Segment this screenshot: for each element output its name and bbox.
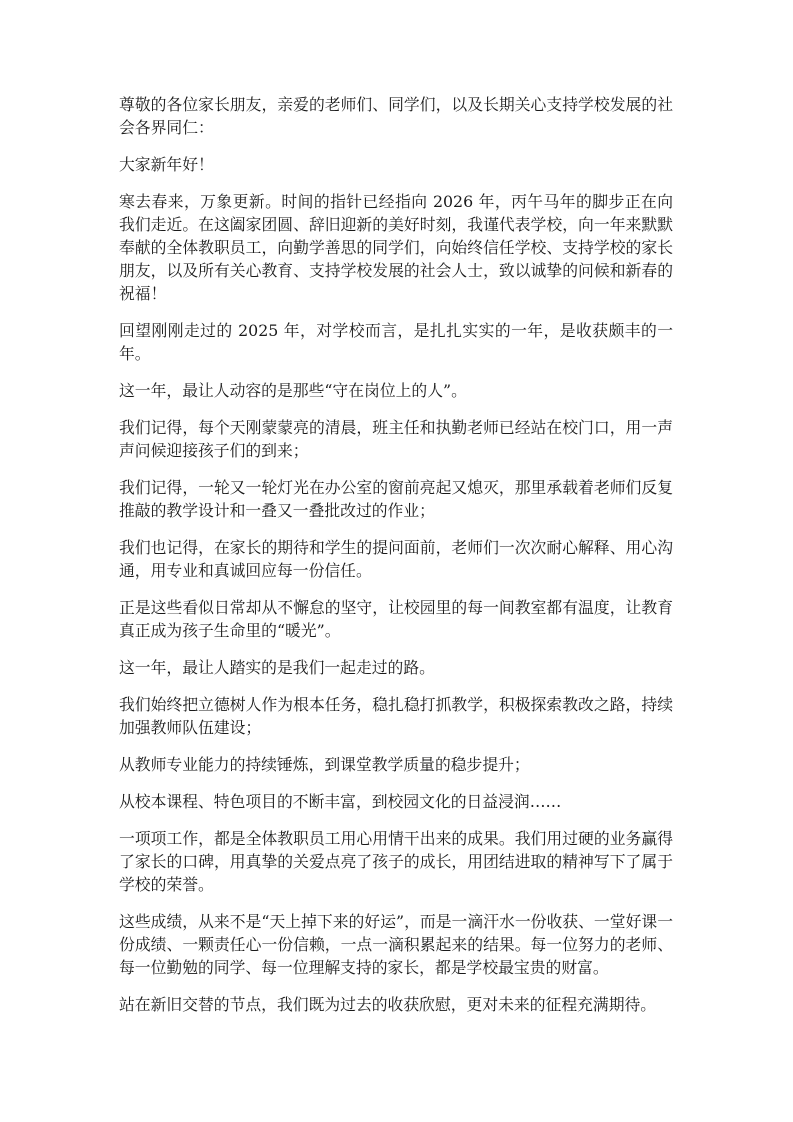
paragraph-moving-people: 这一年，最让人动容的是那些“守在岗位上的人”。: [119, 379, 673, 402]
paragraph-morning-greetings: 我们记得，每个天刚蒙蒙亮的清晨，班主任和执勤老师已经站在校门口，用一声声问候迎接…: [119, 416, 673, 462]
paragraph-looking-forward: 站在新旧交替的节点，我们既为过去的收获欣慰，更对未来的征程充满期待。: [119, 993, 673, 1016]
paragraph-teacher-growth: 从教师专业能力的持续锤炼，到课堂教学质量的稳步提升；: [119, 753, 673, 776]
paragraph-core-mission: 我们始终把立德树人作为根本任务，稳扎稳打抓教学，积极探索教改之路，持续加强教师队…: [119, 693, 673, 739]
paragraph-new-year-wishes: 寒去春来，万象更新。时间的指针已经指向 2026 年，丙午马年的脚步正在向我们走…: [119, 190, 673, 305]
salutation: 尊敬的各位家长朋友，亲爱的老师们、同学们，以及长期关心支持学校发展的社会各界同仁…: [119, 93, 673, 139]
greeting: 大家新年好！: [119, 153, 673, 176]
document-page: 尊敬的各位家长朋友，亲爱的老师们、同学们，以及长期关心支持学校发展的社会各界同仁…: [0, 0, 793, 1122]
paragraph-office-lights: 我们记得，一轮又一轮灯光在办公室的窗前亮起又熄灭，那里承载着老师们反复推敲的教学…: [119, 476, 673, 522]
paragraph-school-culture: 从校本课程、特色项目的不断丰富，到校园文化的日益浸润……: [119, 790, 673, 813]
paragraph-review-2025: 回望刚刚走过的 2025 年，对学校而言，是扎扎实实的一年，是收获颇丰的一年。: [119, 319, 673, 365]
paragraph-warm-light: 正是这些看似日常却从不懈怠的坚守，让校园里的每一间教室都有温度，让教育真正成为孩…: [119, 596, 673, 642]
paragraph-road-together: 这一年，最让人踏实的是我们一起走过的路。: [119, 656, 673, 679]
paragraph-hard-work: 这些成绩，从来不是“天上掉下来的好运”，而是一滴汗水一份收获、一堂好课一份成绩、…: [119, 910, 673, 979]
letter-body: 尊敬的各位家长朋友，亲爱的老师们、同学们，以及长期关心支持学校发展的社会各界同仁…: [119, 93, 673, 1030]
paragraph-patient-communication: 我们也记得，在家长的期待和学生的提问面前，老师们一次次耐心解释、用心沟通，用专业…: [119, 536, 673, 582]
paragraph-achievements: 一项项工作，都是全体教职员工用心用情干出来的成果。我们用过硬的业务赢得了家长的口…: [119, 827, 673, 896]
